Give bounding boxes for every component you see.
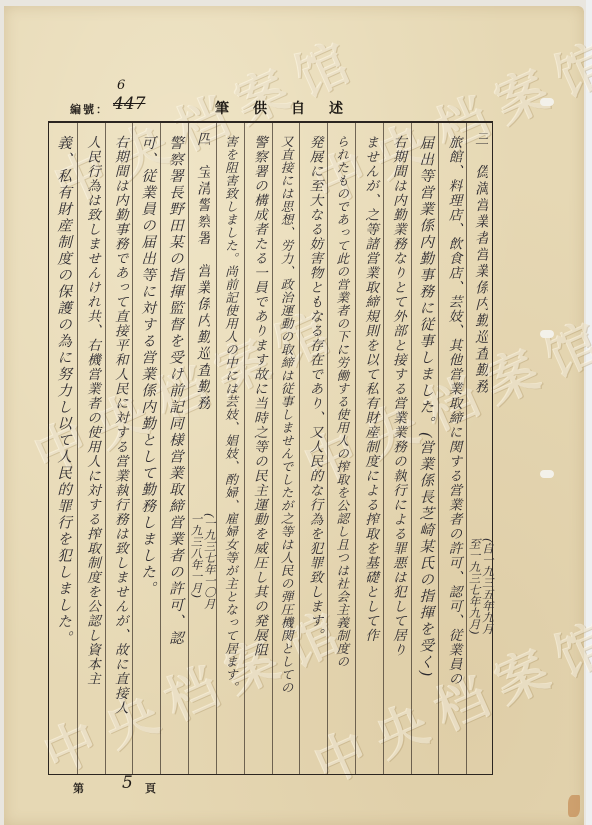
scan-edge xyxy=(586,0,592,825)
column-text: 四、宝清警察署、営業係内勤巡査勤務 xyxy=(195,131,210,412)
column-text: 右期間は内勤事務であって直接平和人民に対する営業執行務は致しませんが、故に直接人 xyxy=(112,135,126,715)
text-column: 四、宝清警察署、営業係内勤巡査勤務(一九三七年一〇月 一九三八年一月) xyxy=(188,123,216,774)
column-text: 届出等営業係内勤事務に従事しました。(営業係長芝崎某氏の指揮を受く) xyxy=(418,135,433,678)
text-column: 警察署長野田某の指揮監督を受け前記同様営業取締営業者の許可、認 xyxy=(160,123,188,774)
number-corrected: 6 xyxy=(117,78,125,93)
column-text: 三、偽満営業者営業係内勤巡査勤務 xyxy=(473,131,488,395)
column-text: 又直接には思想、労力、政治運動の取締は従事しませんでしたが之等は人民の弾圧機関と… xyxy=(280,135,293,694)
column-text: 右期間は内勤業務なりとて外部と接する営業業務の執行による罪悪は犯して居り xyxy=(390,135,404,657)
binding-hole xyxy=(540,330,554,338)
column-text: られたものであって此の営業者の下に労働する使用人の搾取を公認し且つは社会主義制度… xyxy=(335,135,348,668)
document-title: 筆供自述 xyxy=(215,98,367,118)
text-column: 義、私有財産制度の保護の為に努力し以て人民的罪行を犯しました。 xyxy=(49,123,77,774)
column-text: ませんが、之等諸営業取締規則を以て私有財産制度による搾取を基礎として作 xyxy=(363,135,377,643)
text-column: 届出等営業係内勤事務に従事しました。(営業係長芝崎某氏の指揮を受く) xyxy=(411,123,439,774)
column-text: 旅館、料理店、飲食店、芸妓、其他営業取締に関する営業者の許可、認可、従業員の xyxy=(446,135,460,686)
page-number: 5 xyxy=(122,773,133,793)
text-column: 旅館、料理店、飲食店、芸妓、其他営業取締に関する営業者の許可、認可、従業員の xyxy=(438,123,466,774)
column-text: 可、従業員の届出等に対する営業係内勤として勤務しました。 xyxy=(140,135,155,597)
column-text: 警察署の構成者たる一員であります故に当時之等の民主運動を威圧し其の発展阻 xyxy=(251,135,265,657)
text-column: 警察署の構成者たる一員であります故に当時之等の民主運動を威圧し其の発展阻 xyxy=(244,123,272,774)
text-column: 右期間は内勤事務であって直接平和人民に対する営業執行務は致しませんが、故に直接人 xyxy=(105,123,133,774)
text-column: 人民行為は致しませんけれ共、右機営業者の使用人に対する搾取制度を公認し資本主 xyxy=(77,123,105,774)
column-text: 義、私有財産制度の保護の為に努力し以て人民的罪行を犯しました。 xyxy=(56,135,71,647)
paper-stain xyxy=(568,795,580,817)
page-prefix: 第 xyxy=(73,780,84,796)
binding-hole xyxy=(540,470,554,478)
date-range-note: (一九三七年一〇月 一九三八年一月) xyxy=(189,513,215,610)
number-label: 編號： xyxy=(70,101,109,117)
column-text: 人民行為は致しませんけれ共、右機営業者の使用人に対する搾取制度を公認し資本主 xyxy=(84,135,98,686)
column-text: 害を阻害致しました。尚前記使用人の中には芸妓、娼妓、酌婦、雇婦女等が主となって居… xyxy=(224,135,237,694)
text-column: られたものであって此の営業者の下に労働する使用人の搾取を公認し且つは社会主義制度… xyxy=(327,123,355,774)
page-suffix: 頁 xyxy=(145,780,156,796)
text-column: 可、従業員の届出等に対する営業係内勤として勤務しました。 xyxy=(132,123,160,774)
number-struck: 447 xyxy=(113,94,145,114)
text-column: ませんが、之等諸営業取締規則を以て私有財産制度による搾取を基礎として作 xyxy=(355,123,383,774)
column-text: 発展に至大なる妨害物ともなる存在であり、又人民的な行為を犯罪致します。 xyxy=(307,135,321,643)
text-column: 発展に至大なる妨害物ともなる存在であり、又人民的な行為を犯罪致します。 xyxy=(299,123,327,774)
ruled-column-grid: 三、偽満営業者営業係内勤巡査勤務(自一九三五年九月 至一九三七年九月)旅館、料理… xyxy=(48,121,493,775)
text-column: 害を阻害致しました。尚前記使用人の中には芸妓、娼妓、酌婦、雇婦女等が主となって居… xyxy=(216,123,244,774)
text-column: 三、偽満営業者営業係内勤巡査勤務(自一九三五年九月 至一九三七年九月) xyxy=(466,123,494,774)
date-range-note: (自一九三五年九月 至一九三七年九月) xyxy=(467,538,493,635)
column-text: 警察署長野田某の指揮監督を受け前記同様営業取締営業者の許可、認 xyxy=(167,135,182,647)
text-column: 右期間は内勤業務なりとて外部と接する営業業務の執行による罪悪は犯して居り xyxy=(383,123,411,774)
binding-hole xyxy=(540,98,554,106)
text-column: 又直接には思想、労力、政治運動の取締は従事しませんでしたが之等は人民の弾圧機関と… xyxy=(272,123,300,774)
